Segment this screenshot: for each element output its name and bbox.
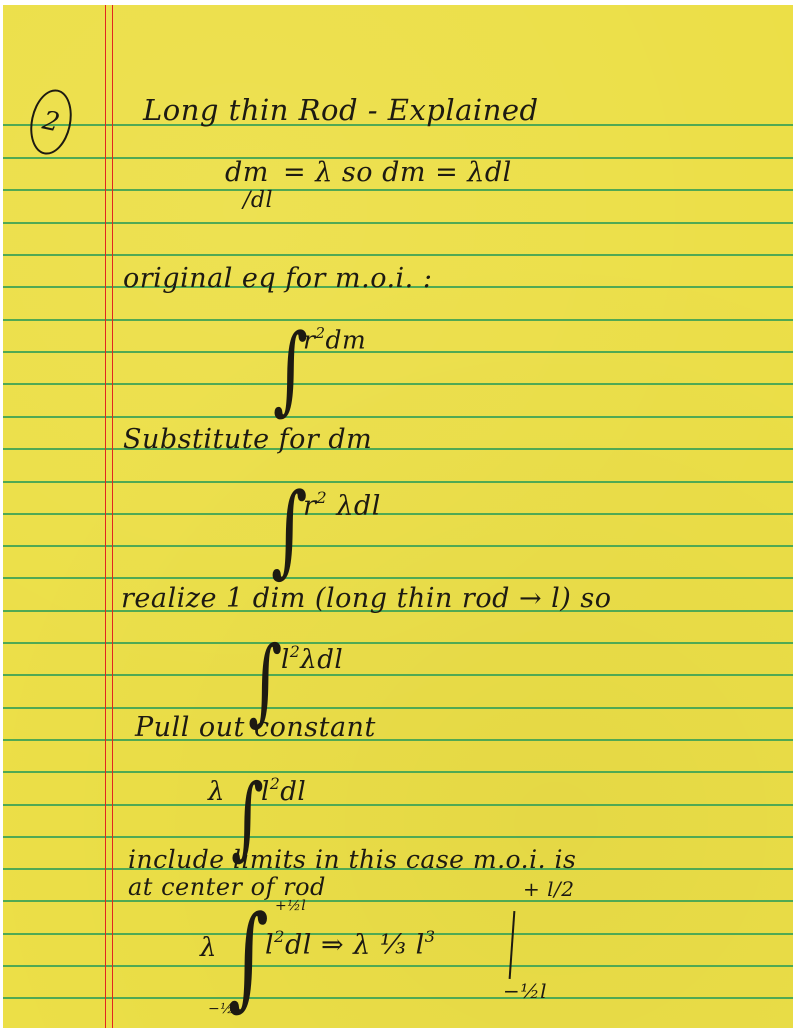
rule-line: [3, 189, 793, 191]
integral-sign: ∫: [228, 901, 269, 1013]
exponent-2: 2: [315, 324, 325, 342]
center-of-rod-label: at center of rod: [128, 873, 326, 901]
rule-line: [3, 319, 793, 321]
rule-line: [3, 674, 793, 676]
rule-line: [3, 965, 793, 967]
rule-line: [3, 513, 793, 515]
density-definition: = λ so dm = λdl: [283, 157, 512, 188]
original-equation-label: original eq for m.o.i. :: [123, 263, 432, 294]
rule-line: [3, 739, 793, 741]
exponent-2: 2: [290, 643, 300, 661]
integrand-dm: dm: [326, 326, 367, 355]
integrand-l: l: [281, 645, 290, 675]
rule-line: [3, 900, 793, 902]
substitute-label: Substitute for dm: [123, 424, 372, 455]
evaluation-bar: [509, 911, 516, 979]
rule-line: [3, 351, 793, 353]
realize-label: realize 1 dim (long thin rod → l) so: [121, 583, 612, 614]
exponent-3: 3: [425, 927, 436, 946]
rule-line: [3, 836, 793, 838]
margin-line-left: [105, 5, 106, 1028]
rule-line: [3, 997, 793, 999]
rule-line: [3, 577, 793, 579]
rule-line: [3, 481, 793, 483]
rule-line: [3, 416, 793, 418]
rule-line: [3, 771, 793, 773]
integral-l2-lambda-dl: l2λdl: [281, 643, 343, 675]
rule-line: [3, 383, 793, 385]
rule-line: [3, 545, 793, 547]
rule-line: [3, 642, 793, 644]
result-expression: dl ⇒ λ ⅓ l: [285, 929, 425, 960]
integrand-lambda-dl: λdl: [300, 645, 343, 675]
rule-line: [3, 804, 793, 806]
eval-lower-limit: −½l: [503, 979, 547, 1003]
rule-line: [3, 222, 793, 224]
exponent-2: 2: [270, 775, 280, 793]
include-limits-label: include limits in this case m.o.i. is: [128, 845, 576, 874]
integrand-r: r: [303, 326, 315, 355]
integral-r2dm: r2dm: [303, 324, 366, 355]
problem-number-circle: 2: [25, 86, 78, 159]
rule-line: [3, 254, 793, 256]
upper-limit: +½l: [275, 898, 306, 914]
integrand-l: l: [261, 777, 270, 807]
rule-line: [3, 448, 793, 450]
lower-limit: −½l: [208, 1001, 239, 1017]
exponent-2: 2: [316, 488, 327, 507]
integral-l2-dl: l2dl: [261, 775, 306, 807]
integrand-dl: dl: [280, 777, 306, 807]
legal-pad-page: 2 Long thin Rod - Explained dm /dl = λ s…: [3, 5, 793, 1028]
final-integral-result: l2dl ⇒ λ ⅓ l3: [265, 927, 436, 960]
eval-upper-limit: + l/2: [523, 877, 574, 901]
integrand-l: l: [265, 929, 274, 960]
final-lambda: λ: [200, 933, 217, 963]
integral-r2-lambda-dl: r2 λdl: [303, 488, 381, 521]
integrand-lambda-dl: λdl: [327, 490, 381, 521]
exponent-2: 2: [274, 927, 285, 946]
integral-sign: ∫: [271, 480, 307, 580]
problem-number: 2: [40, 106, 62, 139]
pull-out-constant-label: Pull out constant: [135, 712, 376, 743]
density-dm: dm: [225, 157, 269, 188]
integrand-r: r: [303, 490, 316, 521]
density-dl: /dl: [243, 188, 273, 213]
rule-line: [3, 707, 793, 709]
lambda-constant: λ: [208, 777, 225, 807]
problem-title: Long thin Rod - Explained: [143, 93, 539, 127]
margin-line-right: [112, 5, 113, 1028]
